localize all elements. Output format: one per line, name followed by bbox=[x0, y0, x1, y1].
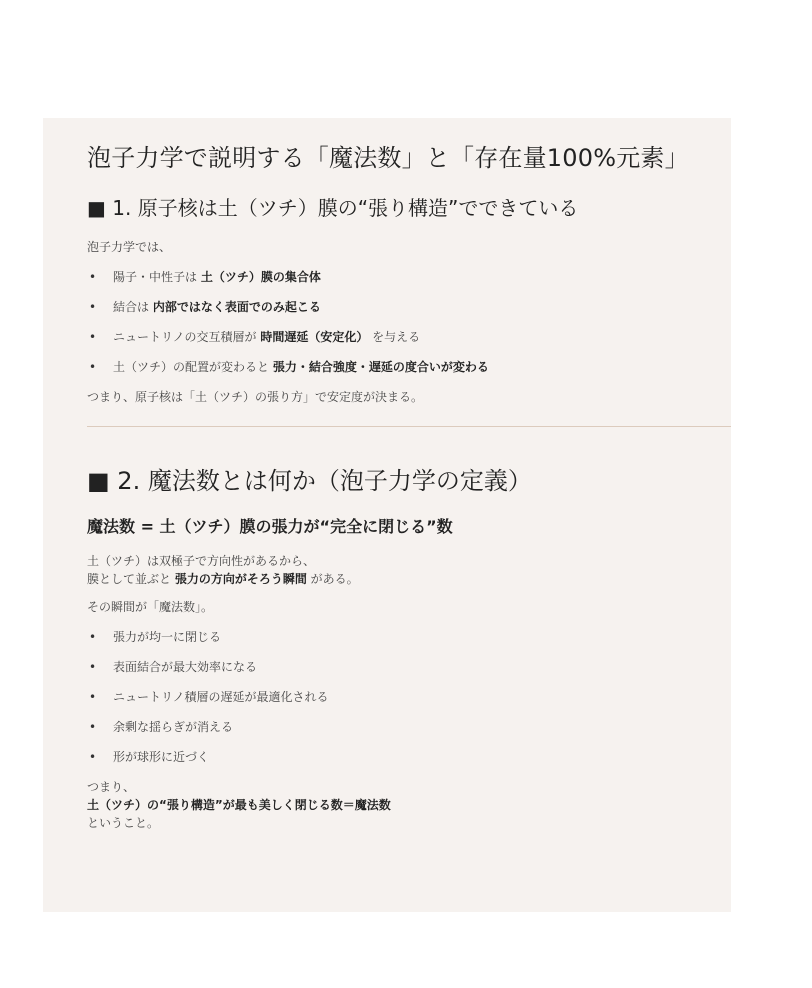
section-2: ■ 2. 魔法数とは何か（泡子力学の定義） 魔法数 = 土（ツチ）膜の張力が“完… bbox=[87, 463, 731, 832]
list-item: • ニュートリノ積層の遅延が最適化される bbox=[87, 688, 731, 706]
list-item-text: 表面結合が最大効率になる bbox=[113, 660, 257, 674]
document-panel: 泡子力学で説明する「魔法数」と「存在量100%元素」 ■ 1. 原子核は土（ツチ… bbox=[43, 118, 731, 912]
paragraph-line-2-bold: 張力の方向がそろう瞬間 bbox=[175, 572, 307, 586]
list-item: • 陽子・中性子は 土（ツチ）膜の集合体 bbox=[87, 268, 731, 286]
bullet-icon: • bbox=[89, 658, 96, 676]
list-item-text: 余剰な揺らぎが消える bbox=[113, 720, 233, 734]
list-item: • 余剰な揺らぎが消える bbox=[87, 718, 731, 736]
list-item: • 張力が均一に閉じる bbox=[87, 628, 731, 646]
list-item: • ニュートリノの交互積層が 時間遅延（安定化） を与える bbox=[87, 328, 731, 346]
list-item: • 形が球形に近づく bbox=[87, 748, 731, 766]
section-1-bullet-list: • 陽子・中性子は 土（ツチ）膜の集合体 • 結合は 内部ではなく表面でのみ起こ… bbox=[87, 268, 731, 376]
section-2-subheading: 魔法数 = 土（ツチ）膜の張力が“完全に閉じる”数 bbox=[87, 515, 731, 539]
list-item-text: 土（ツチ）の配置が変わると bbox=[113, 360, 273, 374]
list-item-bold-text: 内部ではなく表面でのみ起こる bbox=[153, 300, 321, 314]
document-title: 泡子力学で説明する「魔法数」と「存在量100%元素」 bbox=[87, 140, 731, 176]
list-item-text: ニュートリノ積層の遅延が最適化される bbox=[113, 690, 329, 704]
paragraph-line-1: 土（ツチ）は双極子で方向性があるから、 bbox=[87, 554, 315, 568]
list-item-text: ニュートリノの交互積層が bbox=[113, 330, 260, 344]
list-item-bold-text: 時間遅延（安定化） bbox=[260, 330, 368, 344]
bullet-icon: • bbox=[89, 268, 96, 286]
bullet-icon: • bbox=[89, 628, 96, 646]
list-item-trailing-text: を与える bbox=[368, 330, 420, 344]
list-item-bold-text: 土（ツチ）膜の集合体 bbox=[201, 270, 321, 284]
section-1-intro: 泡子力学では、 bbox=[87, 238, 731, 256]
list-item: • 結合は 内部ではなく表面でのみ起こる bbox=[87, 298, 731, 316]
magic-number-moment: その瞬間が「魔法数」。 bbox=[87, 598, 731, 616]
list-item: • 表面結合が最大効率になる bbox=[87, 658, 731, 676]
bullet-icon: • bbox=[89, 748, 96, 766]
summary-line-2: 土（ツチ）の“張り構造”が最も美しく閉じる数＝魔法数 bbox=[87, 796, 731, 814]
list-item-text: 張力が均一に閉じる bbox=[113, 630, 221, 644]
section-divider bbox=[87, 426, 731, 427]
section-2-bullet-list: • 張力が均一に閉じる • 表面結合が最大効率になる • ニュートリノ積層の遅延… bbox=[87, 628, 731, 766]
list-item-text: 結合は bbox=[113, 300, 153, 314]
summary-line-3: ということ。 bbox=[87, 814, 731, 832]
list-item-text: 形が球形に近づく bbox=[113, 750, 209, 764]
section-1-heading: ■ 1. 原子核は土（ツチ）膜の“張り構造”でできている bbox=[87, 193, 731, 223]
list-item-bold-text: 張力・結合強度・遅延の度合いが変わる bbox=[273, 360, 489, 374]
bullet-icon: • bbox=[89, 718, 96, 736]
paragraph-line-2-trailing: がある。 bbox=[307, 572, 359, 586]
bullet-icon: • bbox=[89, 328, 96, 346]
list-item: • 土（ツチ）の配置が変わると 張力・結合強度・遅延の度合いが変わる bbox=[87, 358, 731, 376]
list-item-text: 陽子・中性子は bbox=[113, 270, 201, 284]
section-2-paragraph: 土（ツチ）は双極子で方向性があるから、 膜として並ぶと 張力の方向がそろう瞬間 … bbox=[87, 552, 731, 588]
bullet-icon: • bbox=[89, 688, 96, 706]
summary-line-1: つまり、 bbox=[87, 778, 731, 796]
paragraph-line-2-text: 膜として並ぶと bbox=[87, 572, 175, 586]
section-2-summary: つまり、 土（ツチ）の“張り構造”が最も美しく閉じる数＝魔法数 ということ。 bbox=[87, 778, 731, 832]
bullet-icon: • bbox=[89, 358, 96, 376]
bullet-icon: • bbox=[89, 298, 96, 316]
section-1-summary: つまり、原子核は「土（ツチ）の張り方」で安定度が決まる。 bbox=[87, 388, 731, 406]
section-2-heading: ■ 2. 魔法数とは何か（泡子力学の定義） bbox=[87, 463, 731, 499]
section-1: ■ 1. 原子核は土（ツチ）膜の“張り構造”でできている 泡子力学では、 • 陽… bbox=[87, 193, 731, 406]
